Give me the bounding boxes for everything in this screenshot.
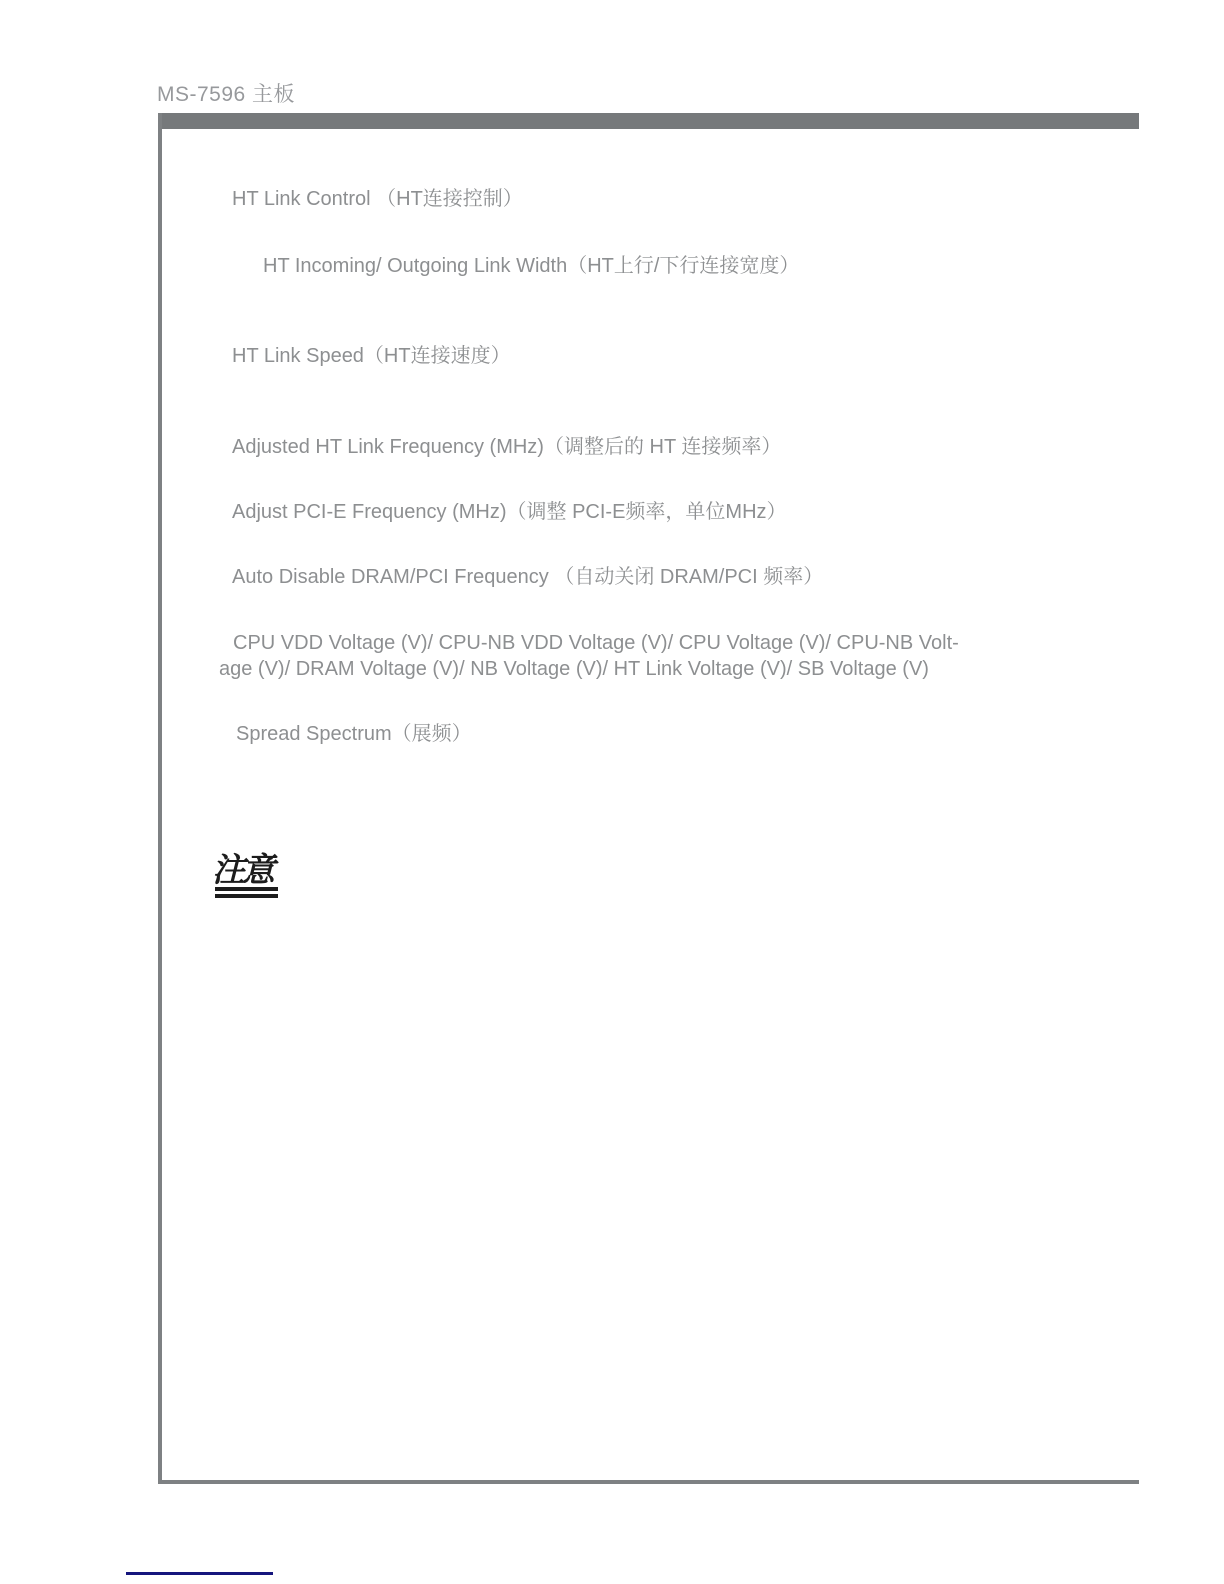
- setting-adjust-pcie-frequency: Adjust PCI-E Frequency (MHz)（调整 PCI-E频率，…: [232, 500, 787, 525]
- content-bottom-border: [158, 1480, 1139, 1484]
- page-header-title: MS-7596 主板: [157, 82, 295, 107]
- setting-auto-disable-dram-pci-frequency: Auto Disable DRAM/PCI Frequency （自动关闭 DR…: [232, 565, 823, 590]
- setting-ht-link-control: HT Link Control （HT连接控制）: [232, 187, 523, 212]
- note-double-underline-top: [215, 887, 278, 891]
- setting-spread-spectrum: Spread Spectrum（展频）: [236, 722, 472, 747]
- setting-ht-incoming-outgoing-link-width: HT Incoming/ Outgoing Link Width（HT上行/下行…: [263, 254, 799, 279]
- content-left-border: [158, 113, 162, 1484]
- setting-ht-link-speed: HT Link Speed（HT连接速度）: [232, 344, 511, 369]
- setting-voltages-line2: age (V)/ DRAM Voltage (V)/ NB Voltage (V…: [219, 657, 929, 682]
- setting-voltages-line1: CPU VDD Voltage (V)/ CPU-NB VDD Voltage …: [233, 631, 959, 656]
- header-bar: [158, 113, 1139, 129]
- setting-adjusted-ht-link-frequency: Adjusted HT Link Frequency (MHz)（调整后的 HT…: [232, 435, 781, 460]
- note-heading: 注意: [212, 844, 272, 891]
- footer-rule: [126, 1572, 273, 1575]
- note-double-underline-bottom: [215, 894, 278, 898]
- manual-page: MS-7596 主板 HT Link Control （HT连接控制） HT I…: [0, 0, 1224, 1584]
